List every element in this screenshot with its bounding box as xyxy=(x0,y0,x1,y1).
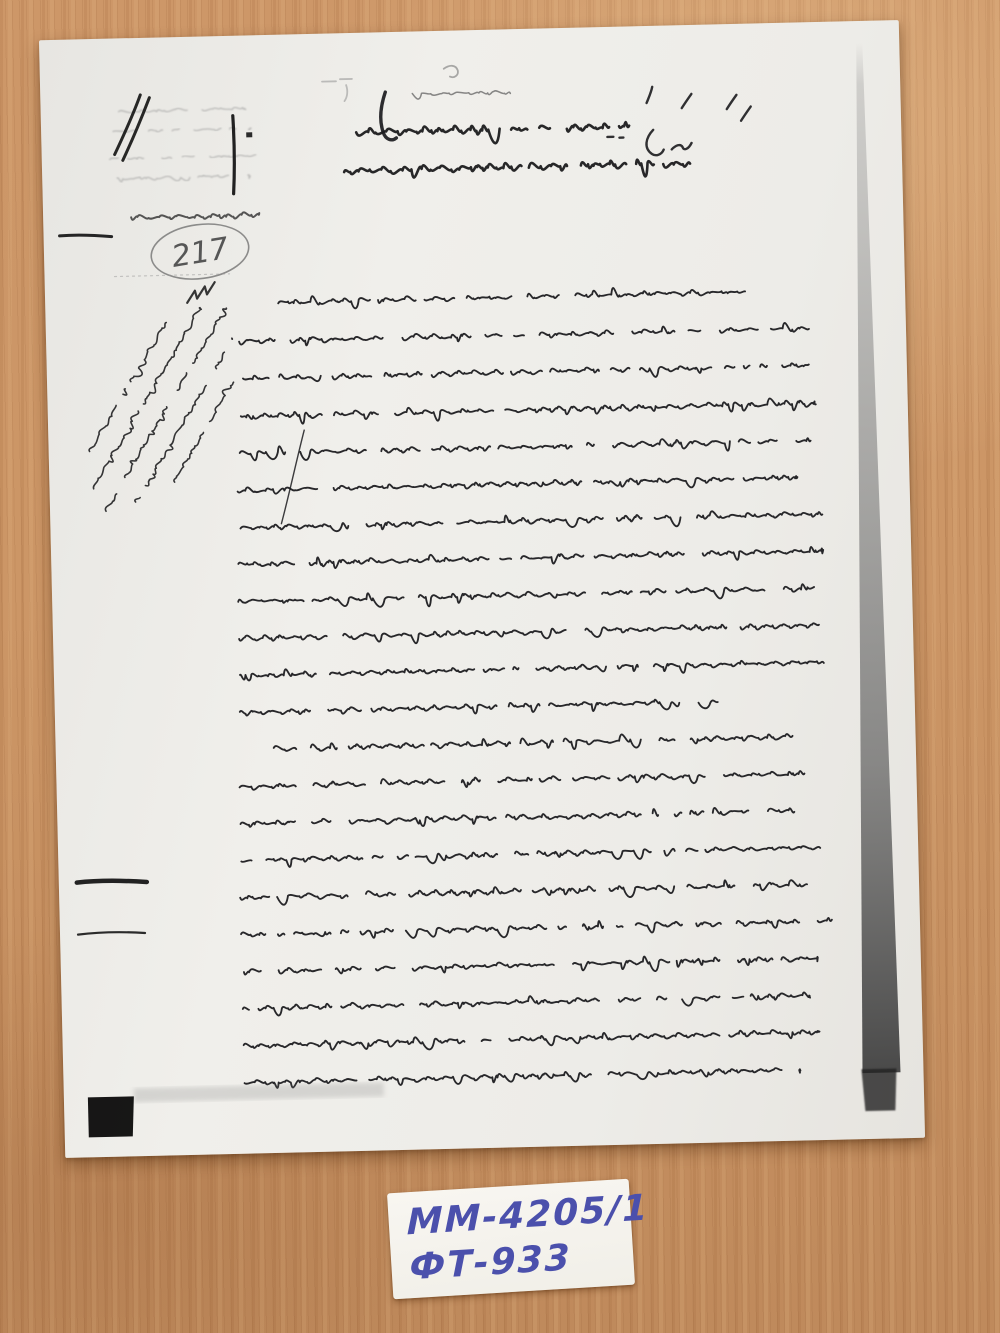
photo-artifacts xyxy=(55,43,901,1138)
marginal-note xyxy=(66,284,265,534)
document-photo: 217 xyxy=(39,20,925,1158)
official-stamp: 217 xyxy=(108,92,261,304)
catalog-label: ММ-4205/1 ФТ-933 xyxy=(387,1179,635,1300)
stamp-registration-number: 217 xyxy=(169,231,231,275)
header-address-text xyxy=(322,59,753,184)
wooden-table-background: 217 ММ-4205/1 ФТ-933 xyxy=(0,0,1000,1333)
manuscript-overlay: 217 xyxy=(39,20,925,1158)
manuscript-body-text xyxy=(226,283,836,1089)
